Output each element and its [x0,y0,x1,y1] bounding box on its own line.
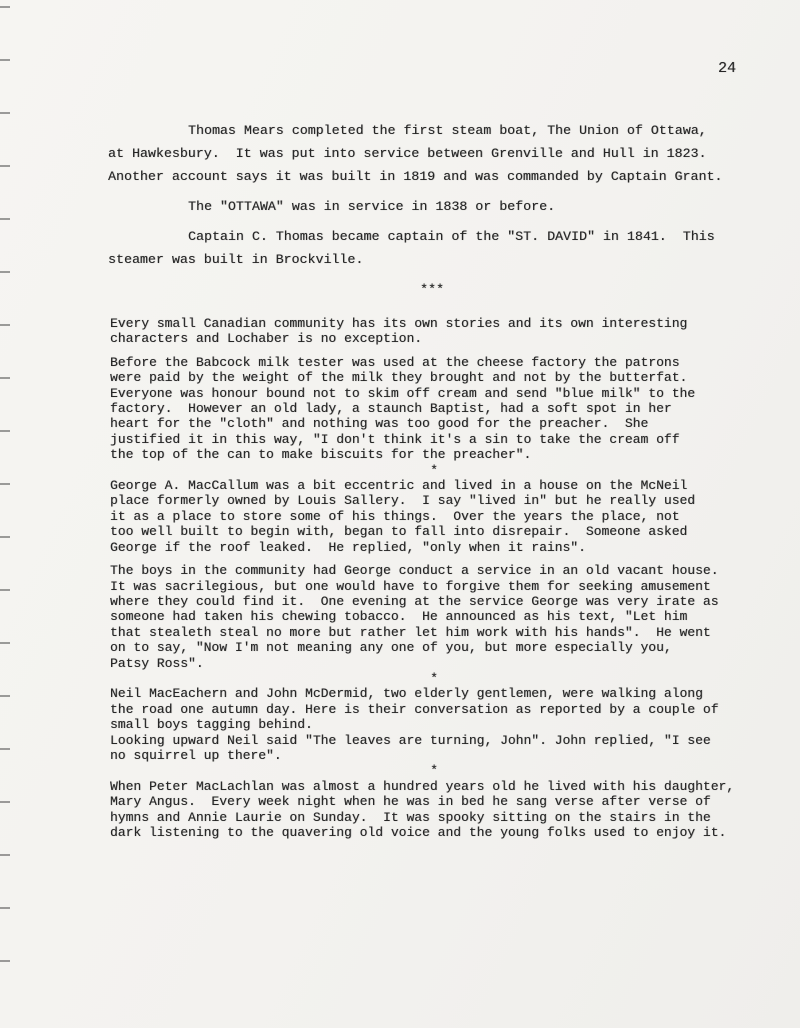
text-line: justified it in this way, "I don't think… [110,432,758,447]
paragraph: George A. MacCallum was a bit eccentric … [110,478,758,555]
scanned-page: 24 Thomas Mears completed the first stea… [0,0,800,1028]
text-line: Captain C. Thomas became captain of the … [108,225,756,248]
text-line: no squirrel up there". [110,748,758,763]
paragraph: Captain C. Thomas became captain of the … [108,225,756,271]
text-line: the top of the can to make biscuits for … [110,447,758,462]
text-line: Every small Canadian community has its o… [110,316,758,331]
text-line: were paid by the weight of the milk they… [110,370,758,385]
text-line: Everyone was honour bound not to skim of… [110,386,758,401]
text-line: small boys tagging behind. [110,717,758,732]
paragraph: Neil MacEachern and John McDermid, two e… [110,686,758,763]
text-line: dark listening to the quavering old voic… [110,825,758,840]
text-line: on to say, "Now I'm not meaning any one … [110,640,758,655]
text-line: Patsy Ross". [110,656,758,671]
text-line: George A. MacCallum was a bit eccentric … [110,478,758,493]
text-line: the road one autumn day. Here is their c… [110,702,758,717]
text-line: where they could find it. One evening at… [110,594,758,609]
text-line: Mary Angus. Every week night when he was… [110,794,758,809]
section-separator: *** [108,278,756,301]
paragraph: The boys in the community had George con… [110,563,758,671]
page-number: 24 [718,60,736,77]
text-line: it as a place to store some of his thing… [110,509,758,524]
text-line: that stealeth steal no more but rather l… [110,625,758,640]
text-line: heart for the "cloth" and nothing was to… [110,416,758,431]
text-line: at Hawkesbury. It was put into service b… [108,142,756,165]
text-line: Looking upward Neil said "The leaves are… [110,733,758,748]
text-line: Before the Babcock milk tester was used … [110,355,758,370]
text-line: The "OTTAWA" was in service in 1838 or b… [108,195,756,218]
text-line: It was sacrilegious, but one would have … [110,579,758,594]
steamboat-intro-section: Thomas Mears completed the first steam b… [108,119,756,301]
paragraph: The "OTTAWA" was in service in 1838 or b… [108,195,756,218]
section-separator: * [110,671,758,686]
text-line: When Peter MacLachlan was almost a hundr… [110,779,758,794]
paragraph: When Peter MacLachlan was almost a hundr… [110,779,758,841]
paragraph: Before the Babcock milk tester was used … [110,355,758,463]
community-stories-section: Every small Canadian community has its o… [110,316,758,848]
section-separator: * [110,463,758,478]
text-line: The boys in the community had George con… [110,563,758,578]
text-line: too well built to begin with, began to f… [110,524,758,539]
paragraph: Thomas Mears completed the first steam b… [108,119,756,188]
text-line: someone had taken his chewing tobacco. H… [110,609,758,624]
text-line: George if the roof leaked. He replied, "… [110,540,758,555]
text-line: Thomas Mears completed the first steam b… [108,119,756,142]
text-line: Neil MacEachern and John McDermid, two e… [110,686,758,701]
text-line: factory. However an old lady, a staunch … [110,401,758,416]
text-line: Another account says it was built in 181… [108,165,756,188]
binding-edge-marks [0,6,10,1010]
section-separator: * [110,763,758,778]
paragraph: Every small Canadian community has its o… [110,316,758,347]
text-line: place formerly owned by Louis Sallery. I… [110,493,758,508]
text-line: characters and Lochaber is no exception. [110,331,758,346]
text-line: steamer was built in Brockville. [108,248,756,271]
text-line: hymns and Annie Laurie on Sunday. It was… [110,810,758,825]
